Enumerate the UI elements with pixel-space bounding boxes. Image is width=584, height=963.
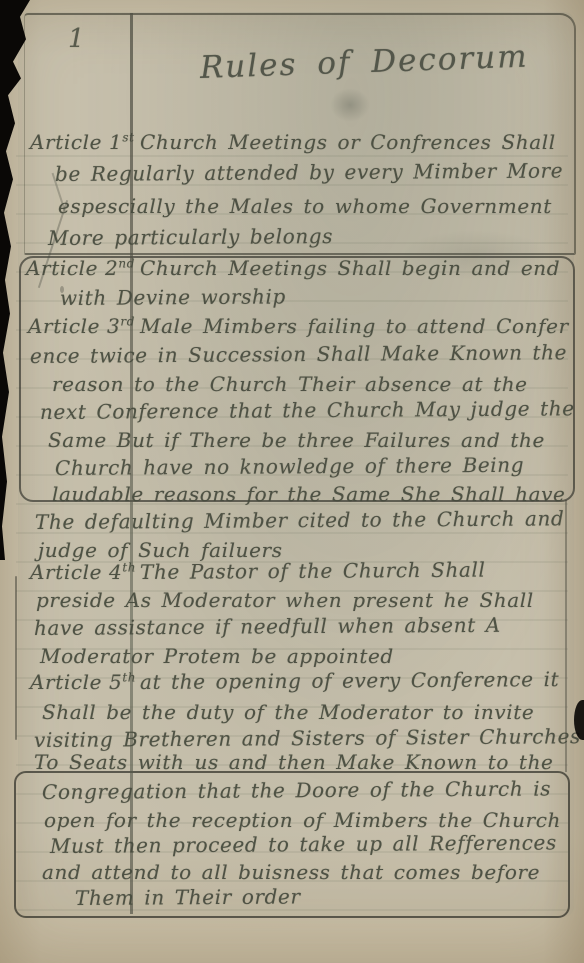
manuscript-line: espescially the Males to whome Governmen… — [58, 194, 552, 218]
manuscript-line: Must then proceed to take up all Reffere… — [50, 830, 557, 858]
article-ordinal: th — [122, 560, 136, 574]
article-ordinal: st — [122, 130, 134, 144]
manuscript-line: Shall be the duty of the Moderator to in… — [42, 700, 534, 724]
manuscript-line: Congregation that the Doore of the Churc… — [42, 776, 551, 804]
manuscript-line: have assistance if needfull when absent … — [34, 613, 501, 640]
article-label-4: Article 4th — [30, 560, 136, 584]
article-label-text: Article 5 — [30, 670, 122, 694]
manuscript-line: Church Meetings Shall begin and end — [140, 256, 560, 280]
ink-smudge — [330, 88, 370, 122]
manuscript-line: reason to the Church Their absence at th… — [52, 372, 528, 396]
manuscript-line: ence twice in Succession Shall Make Know… — [30, 340, 567, 368]
manuscript-line: To Seats with us and then Make Known to … — [34, 750, 553, 774]
article-label-text: Article 4 — [30, 560, 122, 584]
article-label-1: Article 1st — [30, 130, 135, 154]
scan-edge-blot — [574, 700, 584, 740]
article-ordinal: rd — [120, 314, 135, 328]
manuscript-line: More particularly belongs — [48, 224, 333, 250]
manuscript-line: Church Meetings or Confrences Shall — [140, 130, 556, 154]
manuscript-line: Them in Their order — [75, 884, 301, 910]
manuscript-line: Male Mimbers failing to attend Confer — [140, 314, 569, 338]
manuscript-line: visiting Bretheren and Sisters of Sister… — [34, 724, 581, 752]
manuscript-line: open for the reception of Mimbers the Ch… — [44, 808, 561, 832]
manuscript-line: Church have no knowledge of there Being — [55, 453, 524, 480]
manuscript-line: laudable reasons for the Same She Shall … — [52, 482, 565, 506]
article-ordinal: th — [122, 670, 136, 684]
manuscript-line: at the opening of every Conference it — [140, 667, 559, 694]
article-label-text: Article 1 — [30, 130, 122, 154]
article-label-text: Article 2 — [26, 256, 118, 280]
article-label-text: Article 3 — [28, 314, 120, 338]
article-label-5: Article 5th — [30, 670, 136, 694]
article-label-3: Article 3rd — [28, 314, 135, 338]
manuscript-line: next Conference that the Church May judg… — [40, 396, 575, 424]
manuscript-line: Same But if There be three Failures and … — [48, 428, 545, 452]
manuscript-line: Moderator Protem be appointed — [40, 644, 394, 668]
manuscript-line: preside As Moderator when present he Sha… — [36, 588, 534, 612]
manuscript-line: and attend to all buisness that comes be… — [42, 860, 540, 884]
manuscript-line: with Devine worship — [60, 284, 286, 310]
manuscript-scan: 1 Rules of Decorum Article 1st Article 2… — [0, 0, 584, 963]
article-ordinal: nd — [118, 256, 135, 270]
manuscript-line: The Pastor of the Church Shall — [140, 558, 486, 584]
article-label-2: Article 2nd — [26, 256, 135, 280]
manuscript-line: The defaulting Mimber cited to the Churc… — [35, 506, 565, 534]
manuscript-line: be Regularly attended by every Mimber Mo… — [55, 158, 563, 186]
page-number: 1 — [68, 24, 85, 54]
